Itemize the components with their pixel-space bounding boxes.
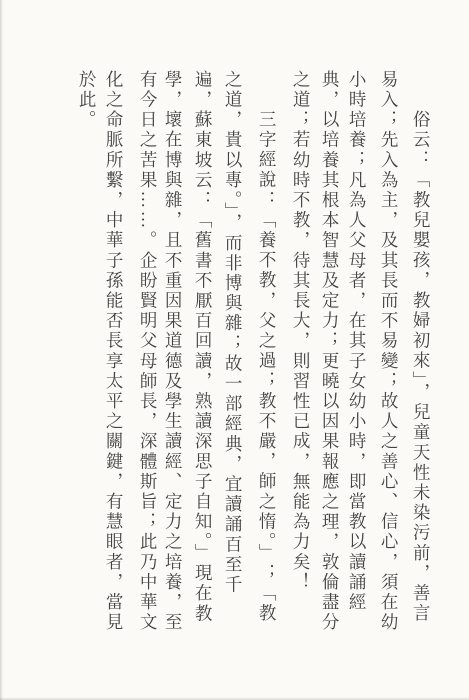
text-column-12: 於此。 [77,70,97,130]
text-column-7: 之道，貴以專。」，而非博與雜；故一部經典，宜讀誦百至千 [223,70,243,595]
text-column-3: 小時培養；凡為人父母者，在其子女幼小時，即當教以讀誦經 [347,70,367,613]
text-column-11: 化之命脈所繫，中華子孫能否長享太平之關鍵，有慧眼者，當見 [104,70,124,633]
text-column-5: 之道；若幼時不教，待其長大，則習性已成，無能為力矣！ [291,70,311,593]
text-column-10: 有今日之苦果……。企盼賢明父母師長，深體斯旨；此乃中華文 [138,70,158,633]
text-column-6: 三字經說：「養不教，父之過；教不嚴，師之惰。」；「教 [257,110,277,624]
text-column-8: 遍，蘇東坡云：「舊書不厭百回讀，熟讀深思子自知。」現在教 [193,70,213,624]
text-column-2: 易入；先入為主，及其長而不易變；故人之善心、信心，須在幼 [379,70,399,633]
text-column-9: 學，壞在博與雜，且不重因果道德及學生讀經、定力之培養，至 [163,70,183,633]
document-page: 俗云：「教兒嬰孩，教婦初來」，兒童天性未染污前，善言 易入；先入為主，及其長而不… [0,0,469,700]
scan-edge-left [0,0,3,700]
text-column-1: 俗云：「教兒嬰孩，教婦初來」，兒童天性未染污前，善言 [411,110,431,624]
text-column-4: 典，以培養其根本智慧及定力；更曉以因果報應之理，敦倫盡分 [320,70,340,633]
